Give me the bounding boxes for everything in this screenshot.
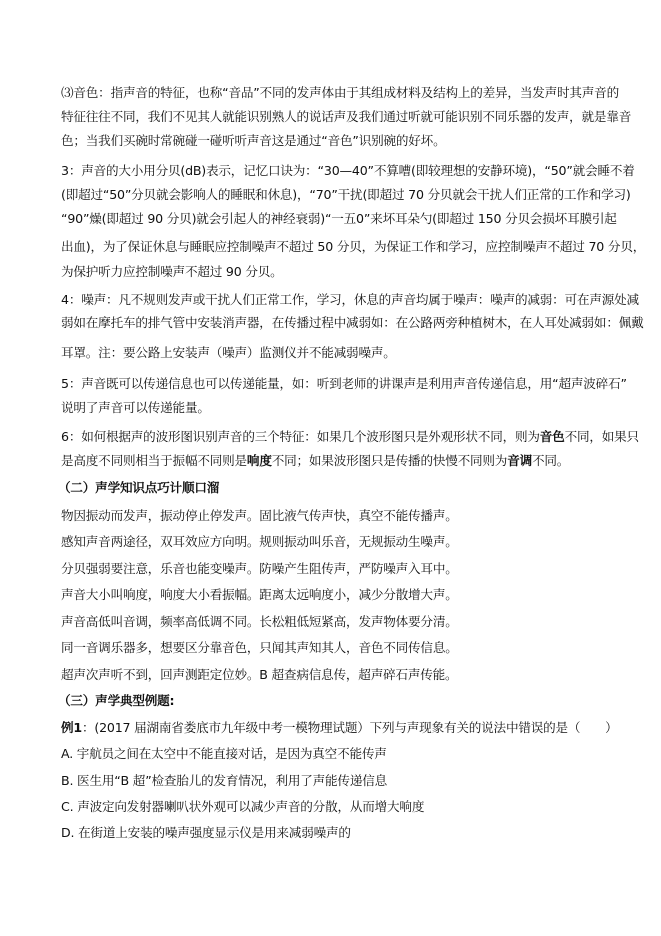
rhyme-line-4: 声音大小叫响度，响度大小看振幅。距离太远响度小，减少分散增大声。 [61, 587, 621, 603]
decibel-line-2: (即超过“50”分贝就会影响人的睡眠和休息)，“70”干扰(即超过 70 分贝就… [61, 187, 621, 203]
rhyme-line-5: 声音高低叫音调，频率高低调不同。长松粗低短紧高，发声物体要分清。 [61, 614, 621, 630]
rhyme-line-1: 物因振动而发声，振动停止停发声。固比液气传声快，真空不能传播声。 [61, 508, 621, 524]
waveform-text: 6：如何根据声的波形图识别声音的三个特征：如果几个波形图只是外观形状不同，则为 [61, 429, 540, 444]
keyword-timbre: 音色 [540, 429, 565, 444]
rhyme-line-6: 同一音调乐器多，想要区分靠音色，只闻其声知其人，音色不同传信息。 [61, 640, 621, 656]
example-stem: ：(2017 届湖南省娄底市九年级中考一模物理试题）下列与声现象有关的说法中错误… [82, 720, 618, 735]
waveform-text: 不同；如果波形图只是传播的快慢不同则为 [272, 453, 507, 468]
keyword-loudness: 响度 [247, 453, 272, 468]
example-label: 例1 [61, 720, 82, 735]
option-d: D. 在街道上安装的噪声强度显示仪是用来减弱噪声的 [61, 825, 621, 841]
keyword-pitch: 音调 [507, 453, 532, 468]
energy-line-2: 说明了声音可以传递能量。 [61, 400, 621, 416]
rhyme-line-7: 超声次声听不到，回声测距定位妙。B 超查病信息传，超声碎石声传能。 [61, 667, 621, 683]
timbre-line-1: ⑶音色：指声音的特征，也称“音品”不同的发声体由于其组成材料及结构上的差异，当发… [61, 85, 621, 101]
noise-line-1: 4：噪声：凡不规则发声或干扰人们正常工作，学习，休息的声音均属于噪声：噪声的减弱… [61, 292, 621, 308]
decibel-line-5: 为保护听力应控制噪声不超过 90 分贝。 [61, 264, 621, 280]
decibel-line-4: 出血)，为了保证休息与睡眠应控制噪声不超过 50 分贝，为保证工作和学习，应控制… [61, 239, 621, 255]
example-question: 例1：(2017 届湖南省娄底市九年级中考一模物理试题）下列与声现象有关的说法中… [61, 720, 621, 736]
rhyme-line-3: 分贝强弱要注意，乐音也能变噪声。防噪产生阻传声，严防噪声入耳中。 [61, 561, 621, 577]
decibel-line-3: “90”燥(即超过 90 分贝)就会引起人的神经衰弱)“一五0”来坏耳朵勺(即超… [61, 211, 621, 227]
decibel-line-1: 3：声音的大小用分贝(dB)表示，记忆口诀为：“30—40”不算嘈(即较理想的安… [61, 163, 621, 179]
timbre-line-2: 特征往往不同，我们不见其人就能识别熟人的说话声及我们通过听就可能识别不同乐器的发… [61, 109, 621, 125]
noise-line-2: 弱如在摩托车的排气管中安装消声器，在传播过程中减弱如：在公路两旁种植树木，在人耳… [61, 315, 621, 331]
energy-line-1: 5：声音既可以传递信息也可以传递能量，如：听到老师的讲课声是利用声音传递信息，用… [61, 376, 621, 392]
option-a: A. 宇航员之间在太空中不能直接对话，是因为真空不能传声 [61, 746, 621, 762]
waveform-text: 不同。 [532, 453, 569, 468]
rhyme-line-2: 感知声音两途径，双耳效应方向明。规则振动叫乐音，无规振动生噪声。 [61, 534, 621, 550]
option-c: C. 声波定向发射器喇叭状外观可以减少声音的分散，从而增大响度 [61, 799, 621, 815]
waveform-text: 不同，如果只 [565, 429, 639, 444]
option-b: B. 医生用“B 超”检查胎儿的发育情况，利用了声能传递信息 [61, 773, 621, 789]
noise-line-3: 耳罩。注：要公路上安装声（噪声）监测仪并不能减弱噪声。 [61, 345, 621, 361]
waveform-text: 是高度不同则相当于振幅不同则是 [61, 453, 247, 468]
waveform-line-1: 6：如何根据声的波形图识别声音的三个特征：如果几个波形图只是外观形状不同，则为音… [61, 429, 621, 445]
timbre-line-3: 色；当我们买碗时常碗碰一碰听听声音这是通过“音色”识别碗的好坏。 [61, 133, 621, 149]
section2-title: （二）声学知识点巧计顺口溜 [58, 480, 618, 496]
section3-title: （三）声学典型例题: [58, 693, 618, 709]
document-page: ⑶音色：指声音的特征，也称“音品”不同的发声体由于其组成材料及结构上的差异，当发… [0, 0, 661, 936]
waveform-line-2: 是高度不同则相当于振幅不同则是响度不同；如果波形图只是传播的快慢不同则为音调不同… [61, 453, 621, 469]
